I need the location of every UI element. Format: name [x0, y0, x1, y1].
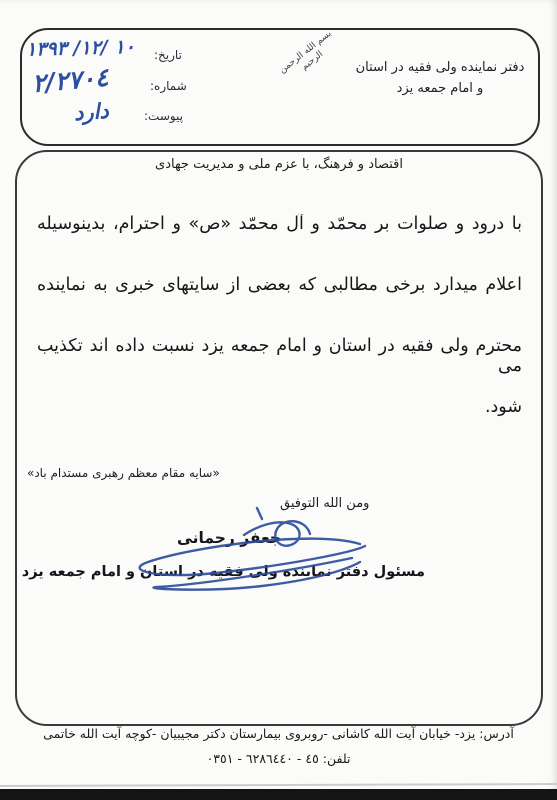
letter-body: با درود و صلوات بر محمّد و آل محمّد «ص» … [37, 214, 522, 458]
valediction: ومن الله التوفیق [280, 496, 369, 511]
footer-address: آدرس: یزد- خیابان آیت الله کاشانی -روبرو… [14, 726, 543, 741]
year-slogan: اقتصاد و فرهنگ، با عزم ملی و مدیریت جهاد… [17, 157, 541, 172]
body-line-4: شود. [37, 397, 522, 458]
org-name: دفتر نماینده ولی فقیه در استان و امام جم… [350, 57, 530, 99]
scan-divider-line [0, 783, 557, 787]
signer-title: مسئول دفتر نماینده ولی فقیه در استان و ا… [45, 564, 425, 580]
scan-bottom-bar [0, 789, 557, 800]
body-line-1: با درود و صلوات بر محمّد و آل محمّد «ص» … [37, 214, 522, 275]
date-field-value: ۱۳۹۳ /۱۲/ ۱۰ [26, 35, 153, 60]
body-line-2: اعلام میدارد برخی مطالبی که بعضی از سایت… [37, 275, 522, 336]
number-field-label: شماره: [150, 79, 187, 93]
org-name-line1: دفتر نماینده ولی فقیه در استان [350, 57, 530, 78]
date-field-label: تاریخ: [154, 48, 182, 62]
number-field-value: ۲/۲۷۰٤ [31, 59, 151, 98]
signer-name: جعفر رحمانی [177, 529, 281, 547]
letterhead-box: دفتر نماینده ولی فقیه در استان و امام جم… [20, 28, 540, 146]
org-name-line2: و امام جمعه یزد [350, 78, 530, 99]
leader-blessing: «سایه مقام معظم رهبری مستدام باد» [27, 466, 220, 480]
attachment-field-label: پیوست: [144, 109, 183, 123]
scanned-letter-page: دفتر نماینده ولی فقیه در استان و امام جم… [0, 0, 557, 800]
footer-phone: تلفن: ٤٥ - ٦٢٨٦٤٤٠ - ٠٣٥١ [14, 751, 543, 766]
body-line-3: محترم ولی فقیه در استان و امام جمعه یزد … [37, 336, 522, 397]
handwritten-signature-icon [120, 502, 378, 598]
bismillah-calligraphy-icon: بسم الله الرحمن الرحیم [272, 24, 346, 89]
main-letter-box: اقتصاد و فرهنگ، با عزم ملی و مدیریت جهاد… [15, 150, 543, 726]
attachment-field-value: دارد [73, 99, 109, 125]
